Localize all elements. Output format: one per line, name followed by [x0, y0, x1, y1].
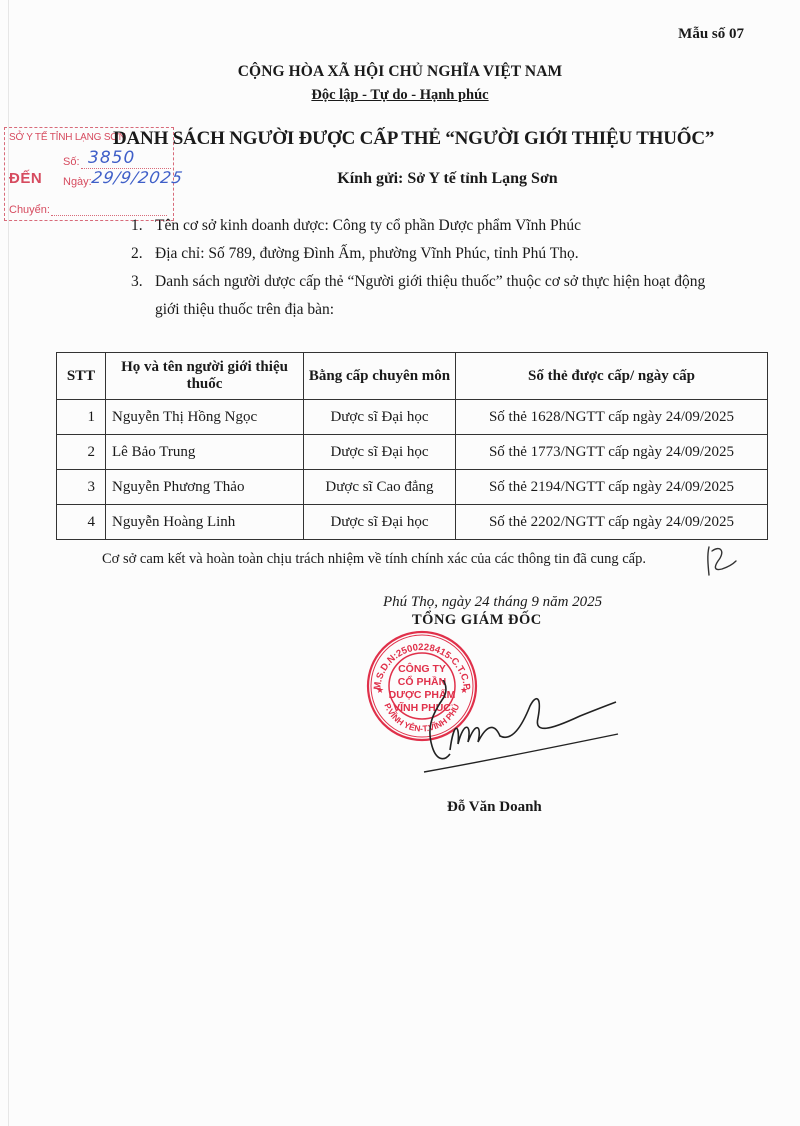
info-item-text: Danh sách người dược cấp thẻ “Người giới… [155, 268, 781, 296]
addressee: Kính gửi: Sở Y tế tỉnh Lạng Sơn [0, 170, 800, 188]
cell-name: Nguyễn Phương Thảo [106, 470, 304, 505]
cell-card: Số thẻ 1773/NGTT cấp ngày 24/09/2025 [456, 435, 768, 470]
info-item-number: 3. [131, 268, 155, 296]
info-list: 1. Tên cơ sở kinh doanh dược: Công ty cổ… [131, 212, 781, 324]
svg-text:★: ★ [376, 685, 384, 695]
table-row: 3Nguyễn Phương ThảoDược sĩ Cao đẳngSố th… [57, 470, 768, 505]
signer-role: TỔNG GIÁM ĐỐC [412, 612, 542, 629]
column-header-stt: STT [57, 353, 106, 400]
motto: Độc lập - Tự do - Hạnh phúc [0, 87, 800, 104]
cell-card: Số thẻ 2202/NGTT cấp ngày 24/09/2025 [456, 505, 768, 540]
table-row: 1Nguyễn Thị Hồng NgọcDược sĩ Đại họcSố t… [57, 400, 768, 435]
cell-degree: Dược sĩ Đại học [304, 400, 456, 435]
table-row: 2Lê Bảo TrungDược sĩ Đại họcSố thẻ 1773/… [57, 435, 768, 470]
commitment-statement: Cơ sở cam kết và hoàn toàn chịu trách nh… [102, 551, 646, 568]
info-item-number: 1. [131, 212, 155, 240]
cell-name: Nguyễn Hoàng Linh [106, 505, 304, 540]
cell-name: Lê Bảo Trung [106, 435, 304, 470]
info-item: 2. Địa chỉ: Số 789, đường Đình Ấm, phườn… [131, 240, 781, 268]
national-title: CỘNG HÒA XÃ HỘI CHỦ NGHĨA VIỆT NAM [0, 63, 800, 81]
representatives-table: STT Họ và tên người giới thiệu thuốc Bằn… [56, 352, 768, 540]
cell-card: Số thẻ 2194/NGTT cấp ngày 24/09/2025 [456, 470, 768, 505]
cell-degree: Dược sĩ Đại học [304, 435, 456, 470]
signer-name: Đỗ Văn Doanh [447, 799, 542, 816]
cell-card: Số thẻ 1628/NGTT cấp ngày 24/09/2025 [456, 400, 768, 435]
info-item-number: 2. [131, 240, 155, 268]
svg-text:CÔNG TY: CÔNG TY [398, 662, 446, 675]
place-date: Phú Thọ, ngày 24 tháng 9 năm 2025 [383, 594, 602, 611]
cell-name: Nguyễn Thị Hồng Ngọc [106, 400, 304, 435]
receipt-stamp-org: SỞ Y TẾ TỈNH LẠNG SƠN [9, 132, 126, 143]
handwritten-receipt-number: 3850 [88, 148, 135, 168]
receipt-stamp-number-label: Số: [63, 156, 80, 168]
info-item-text: Tên cơ sở kinh doanh dược: Công ty cổ ph… [155, 212, 781, 240]
table-header-row: STT Họ và tên người giới thiệu thuốc Bằn… [57, 353, 768, 400]
initials-icon [700, 543, 740, 579]
info-item: 1. Tên cơ sở kinh doanh dược: Công ty cổ… [131, 212, 781, 240]
motto-text: Độc lập - Tự do - Hạnh phúc [311, 87, 488, 103]
column-header-card: Số thẻ được cấp/ ngày cấp [456, 353, 768, 400]
cell-degree: Dược sĩ Đại học [304, 505, 456, 540]
info-item-text: Địa chỉ: Số 789, đường Đình Ấm, phường V… [155, 240, 781, 268]
cell-degree: Dược sĩ Cao đẳng [304, 470, 456, 505]
column-header-degree: Bằng cấp chuyên môn [304, 353, 456, 400]
cell-stt: 4 [57, 505, 106, 540]
cell-stt: 3 [57, 470, 106, 505]
cell-stt: 2 [57, 435, 106, 470]
form-number: Mẫu số 07 [678, 26, 744, 43]
info-item-continuation: giới thiệu thuốc trên địa bàn: [131, 296, 781, 324]
signature-icon [420, 680, 620, 790]
cell-stt: 1 [57, 400, 106, 435]
info-item: 3. Danh sách người dược cấp thẻ “Người g… [131, 268, 781, 296]
column-header-name: Họ và tên người giới thiệu thuốc [106, 353, 304, 400]
table-row: 4Nguyễn Hoàng LinhDược sĩ Đại họcSố thẻ … [57, 505, 768, 540]
document-title: DANH SÁCH NGƯỜI ĐƯỢC CẤP THẺ “NGƯỜI GIỚI… [113, 128, 714, 150]
receipt-stamp-forward-label: Chuyển: [9, 204, 50, 216]
